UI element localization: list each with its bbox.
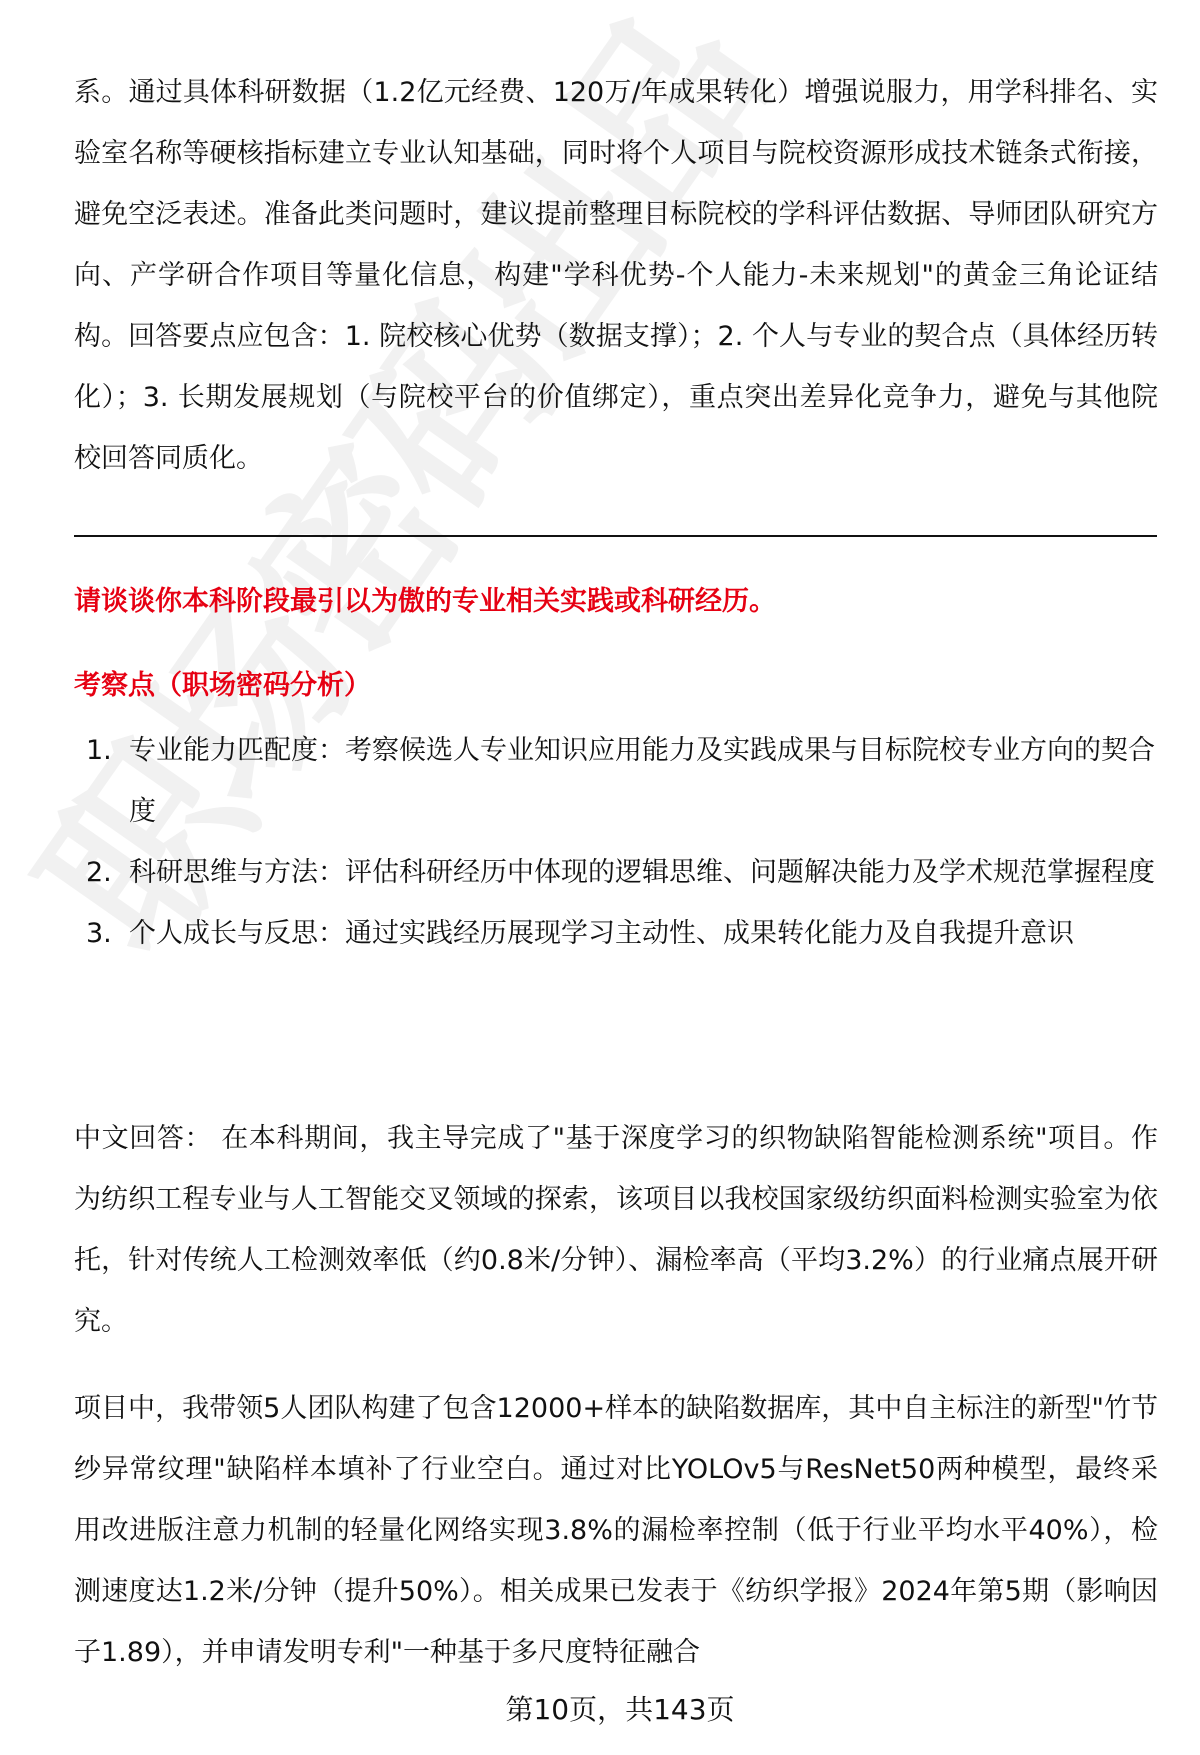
question-title: 请谈谈你本科阶段最引以为傲的专业相关实践或科研经历。: [74, 580, 776, 624]
key-point-item: 2. 科研思维与方法：评估科研经历中体现的逻辑思维、问题解决能力及学术规范掌握程…: [74, 842, 1158, 903]
key-point-item: 3. 个人成长与反思：通过实践经历展现学习主动性、成果转化能力及自我提升意识: [74, 903, 1158, 964]
key-point-text: 个人成长与反思：通过实践经历展现学习主动性、成果转化能力及自我提升意识: [129, 918, 1074, 949]
intro-paragraph: 系。通过具体科研数据（1.2亿元经费、120万/年成果转化）增强说服力，用学科排…: [74, 62, 1158, 489]
key-point-text: 专业能力匹配度：考察候选人专业知识应用能力及实践成果与目标院校专业方向的契合度: [129, 735, 1155, 827]
key-points-list: 1. 专业能力匹配度：考察候选人专业知识应用能力及实践成果与目标院校专业方向的契…: [74, 720, 1158, 964]
section-divider: [74, 535, 1157, 537]
answer-paragraph: 项目中，我带领5人团队构建了包含12000+样本的缺陷数据库，其中自主标注的新型…: [74, 1378, 1158, 1683]
key-point-item: 1. 专业能力匹配度：考察候选人专业知识应用能力及实践成果与目标院校专业方向的契…: [74, 720, 1158, 842]
list-number: 1.: [86, 720, 112, 781]
list-number: 3.: [86, 903, 112, 964]
key-point-text: 科研思维与方法：评估科研经历中体现的逻辑思维、问题解决能力及学术规范掌握程度: [129, 857, 1155, 888]
list-number: 2.: [86, 842, 112, 903]
key-points-heading: 考察点（职场密码分析）: [74, 664, 371, 708]
page-indicator: 第10页，共143页: [0, 1690, 1200, 1730]
answer-paragraph: 中文回答： 在本科期间，我主导完成了"基于深度学习的织物缺陷智能检测系统"项目。…: [74, 1108, 1158, 1352]
